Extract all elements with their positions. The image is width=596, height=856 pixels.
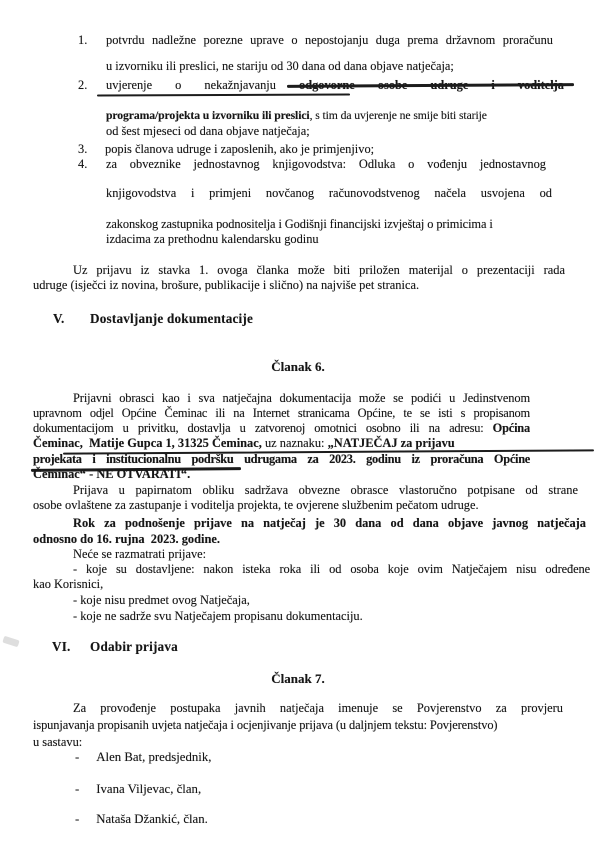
article-6-para-1-line-3-regular: dokumentacijom u privitku, dostavlja u z… [33,421,493,435]
deadline-line-2: odnosno do 16. rujna 2023. godine. [33,532,220,547]
scan-smudge [2,636,19,648]
address-bold: Čeminac, Matije Gupca 1, 31325 Čeminac, [33,436,262,450]
committee-member-2-name: Ivana Viljevac, član, [96,782,201,796]
list-item-4-line-4: izdacima za prethodnu kalendarsku godinu [106,232,319,247]
rejection-item-1-line-2: kao Korisnici, [33,577,103,592]
list-item-2-line-2-regular: , s tim da uvjerenje ne smije biti stari… [310,109,487,122]
list-item-3-number: 3. [78,142,87,157]
list-item-4-line-1: za obveznike jednostavnog knjigovodstva:… [106,157,546,174]
rejection-intro: Neće se razmatrati prijave: [73,547,206,562]
list-item-2-line-3: od šest mjeseci od dana objave natječaja… [106,124,310,139]
committee-member-3: -Nataša Džankić, član. [75,812,208,827]
committee-member-2-dash: - [75,782,79,796]
rejection-item-3: - koje ne sadrže svu Natječajem propisan… [73,609,363,624]
committee-member-2: -Ivana Viljevac, član, [75,782,201,797]
uz-naznaku-regular: uz naznaku: [262,436,328,450]
article-7-para-line-3: u sastavu: [33,735,82,750]
committee-member-3-dash: - [75,812,79,826]
scanned-document-page: 1. potvrdu nadležne porezne uprave o nep… [0,0,596,856]
pen-underline-nekaznjavanje [97,93,350,96]
rejection-item-1-line-1: - koje su dostavljene: nakon isteka roka… [73,562,590,579]
section-v-number: V. [53,311,65,326]
list-item-4-line-3: zakonskog zastupnika podnositelja i Godi… [106,217,493,232]
closing-paragraph-line-2: udruge (isječci iz novina, brošure, publ… [33,278,419,293]
list-item-1-number: 1. [78,33,87,48]
list-item-1-line-2: u izvorniku ili preslici, ne stariju od … [106,59,454,74]
list-item-2-line-2-bold: programa/projekta u izvorniku ili presli… [106,109,310,122]
article-6-para-1-line-3-bold: Općina [493,421,530,435]
list-item-1-line-1: potvrdu nadležne porezne uprave o nepost… [106,33,553,50]
section-v-title: Dostavljanje dokumentacije [90,311,253,326]
list-item-2-line-2: programa/projekta u izvorniku ili presli… [106,108,487,123]
article-7-para-line-2: ispunjavanja propisanih uvjeta natječaja… [33,718,497,733]
list-item-4-line-2: knjigovodstva i primjeni novčanog računo… [106,186,552,203]
list-item-4-number: 4. [78,157,87,172]
list-item-2-number: 2. [78,78,87,93]
committee-member-3-name: Nataša Džankić, član. [96,812,208,826]
article-6-para-2-line-2: osobe ovlaštene za zastupanje i voditelj… [33,498,479,513]
section-vi-number: VI. [52,639,71,654]
committee-member-1-dash: - [75,750,79,764]
committee-member-1-name: Alen Bat, predsjednik, [96,750,211,764]
article-6-para-1-line-6: Čeminac“ - NE OTVARATI“. [33,467,190,482]
article-7-para-line-1: Za provođenje postupaka javnih natječaja… [73,701,563,718]
article-7-heading: Članak 7. [0,671,596,686]
natjecaj-quote-bold: „NATJEČAJ za prijavu [328,436,455,450]
deadline-line-1: Rok za podnošenje prijave na natječaj je… [73,516,586,533]
rejection-item-2: - koje nisu predmet ovog Natječaja, [73,593,250,608]
list-item-2-line-1-regular: uvjerenje o nekažnjavanju [106,78,299,92]
committee-member-1: -Alen Bat, predsjednik, [75,750,211,765]
section-vi-title: Odabir prijava [90,639,178,654]
article-6-para-1-line-4: Čeminac, Matije Gupca 1, 31325 Čeminac, … [33,436,455,451]
list-item-3-line-1: popis članova udruge i zaposlenih, ako j… [105,142,374,157]
article-6-heading: Članak 6. [0,359,596,374]
